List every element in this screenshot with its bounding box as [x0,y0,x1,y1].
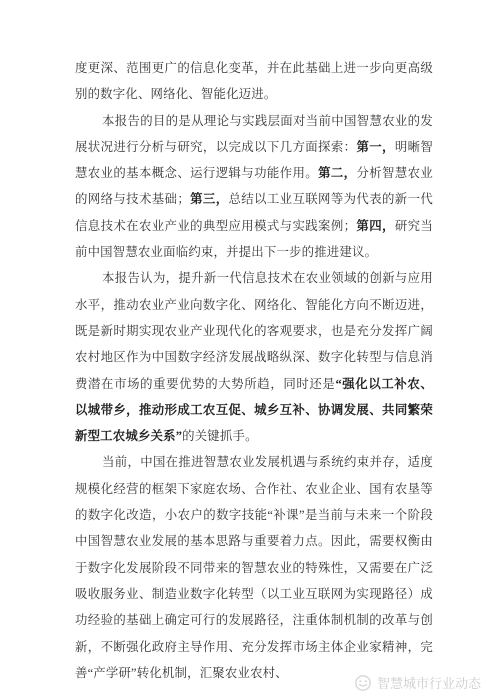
document-page: 度更深、范围更广的信息化变革，并在此基础上进一步向更高级别的数字化、网络化、智能… [0,0,495,700]
text-run: 度更深、范围更广的信息化变革，并在此基础上进一步向更高级别的数字化、网络化、智能… [75,61,433,101]
paragraph: 度更深、范围更广的信息化变革，并在此基础上进一步向更高级别的数字化、网络化、智能… [75,55,433,108]
document-body-text: 度更深、范围更广的信息化变革，并在此基础上进一步向更高级别的数字化、网络化、智能… [75,55,433,686]
paragraph: 当前，中国在推进智慧农业发展机遇与系统约束并存，适度规模化经营的框架下家庭农场、… [75,449,433,686]
text-run-bold: 第一， [356,140,394,154]
watermark-label: 智慧城市行业动态 [377,673,481,692]
text-run-bold: 第二， [318,166,356,180]
text-run-bold: 第三， [190,192,229,206]
text-run-bold: 第四， [356,219,395,233]
paragraph: 本报告的目的是从理论与实践层面对当前中国智慧农业的发展状况进行分析与研究，以完成… [75,108,433,266]
smiley-logo-icon [354,674,372,692]
text-run: 当前，中国在推进智慧农业发展机遇与系统约束并存，适度规模化经营的框架下家庭农场、… [75,455,433,679]
paragraph: 本报告认为，提升新一代信息技术在农业领域的创新与应用水平，推动农业产业向数字化、… [75,265,433,449]
text-run: 本报告认为，提升新一代信息技术在农业领域的创新与应用水平，推动农业产业向数字化、… [75,271,433,390]
text-run: 的关键抓手。 [182,429,258,443]
watermark: 智慧城市行业动态 [354,673,481,692]
